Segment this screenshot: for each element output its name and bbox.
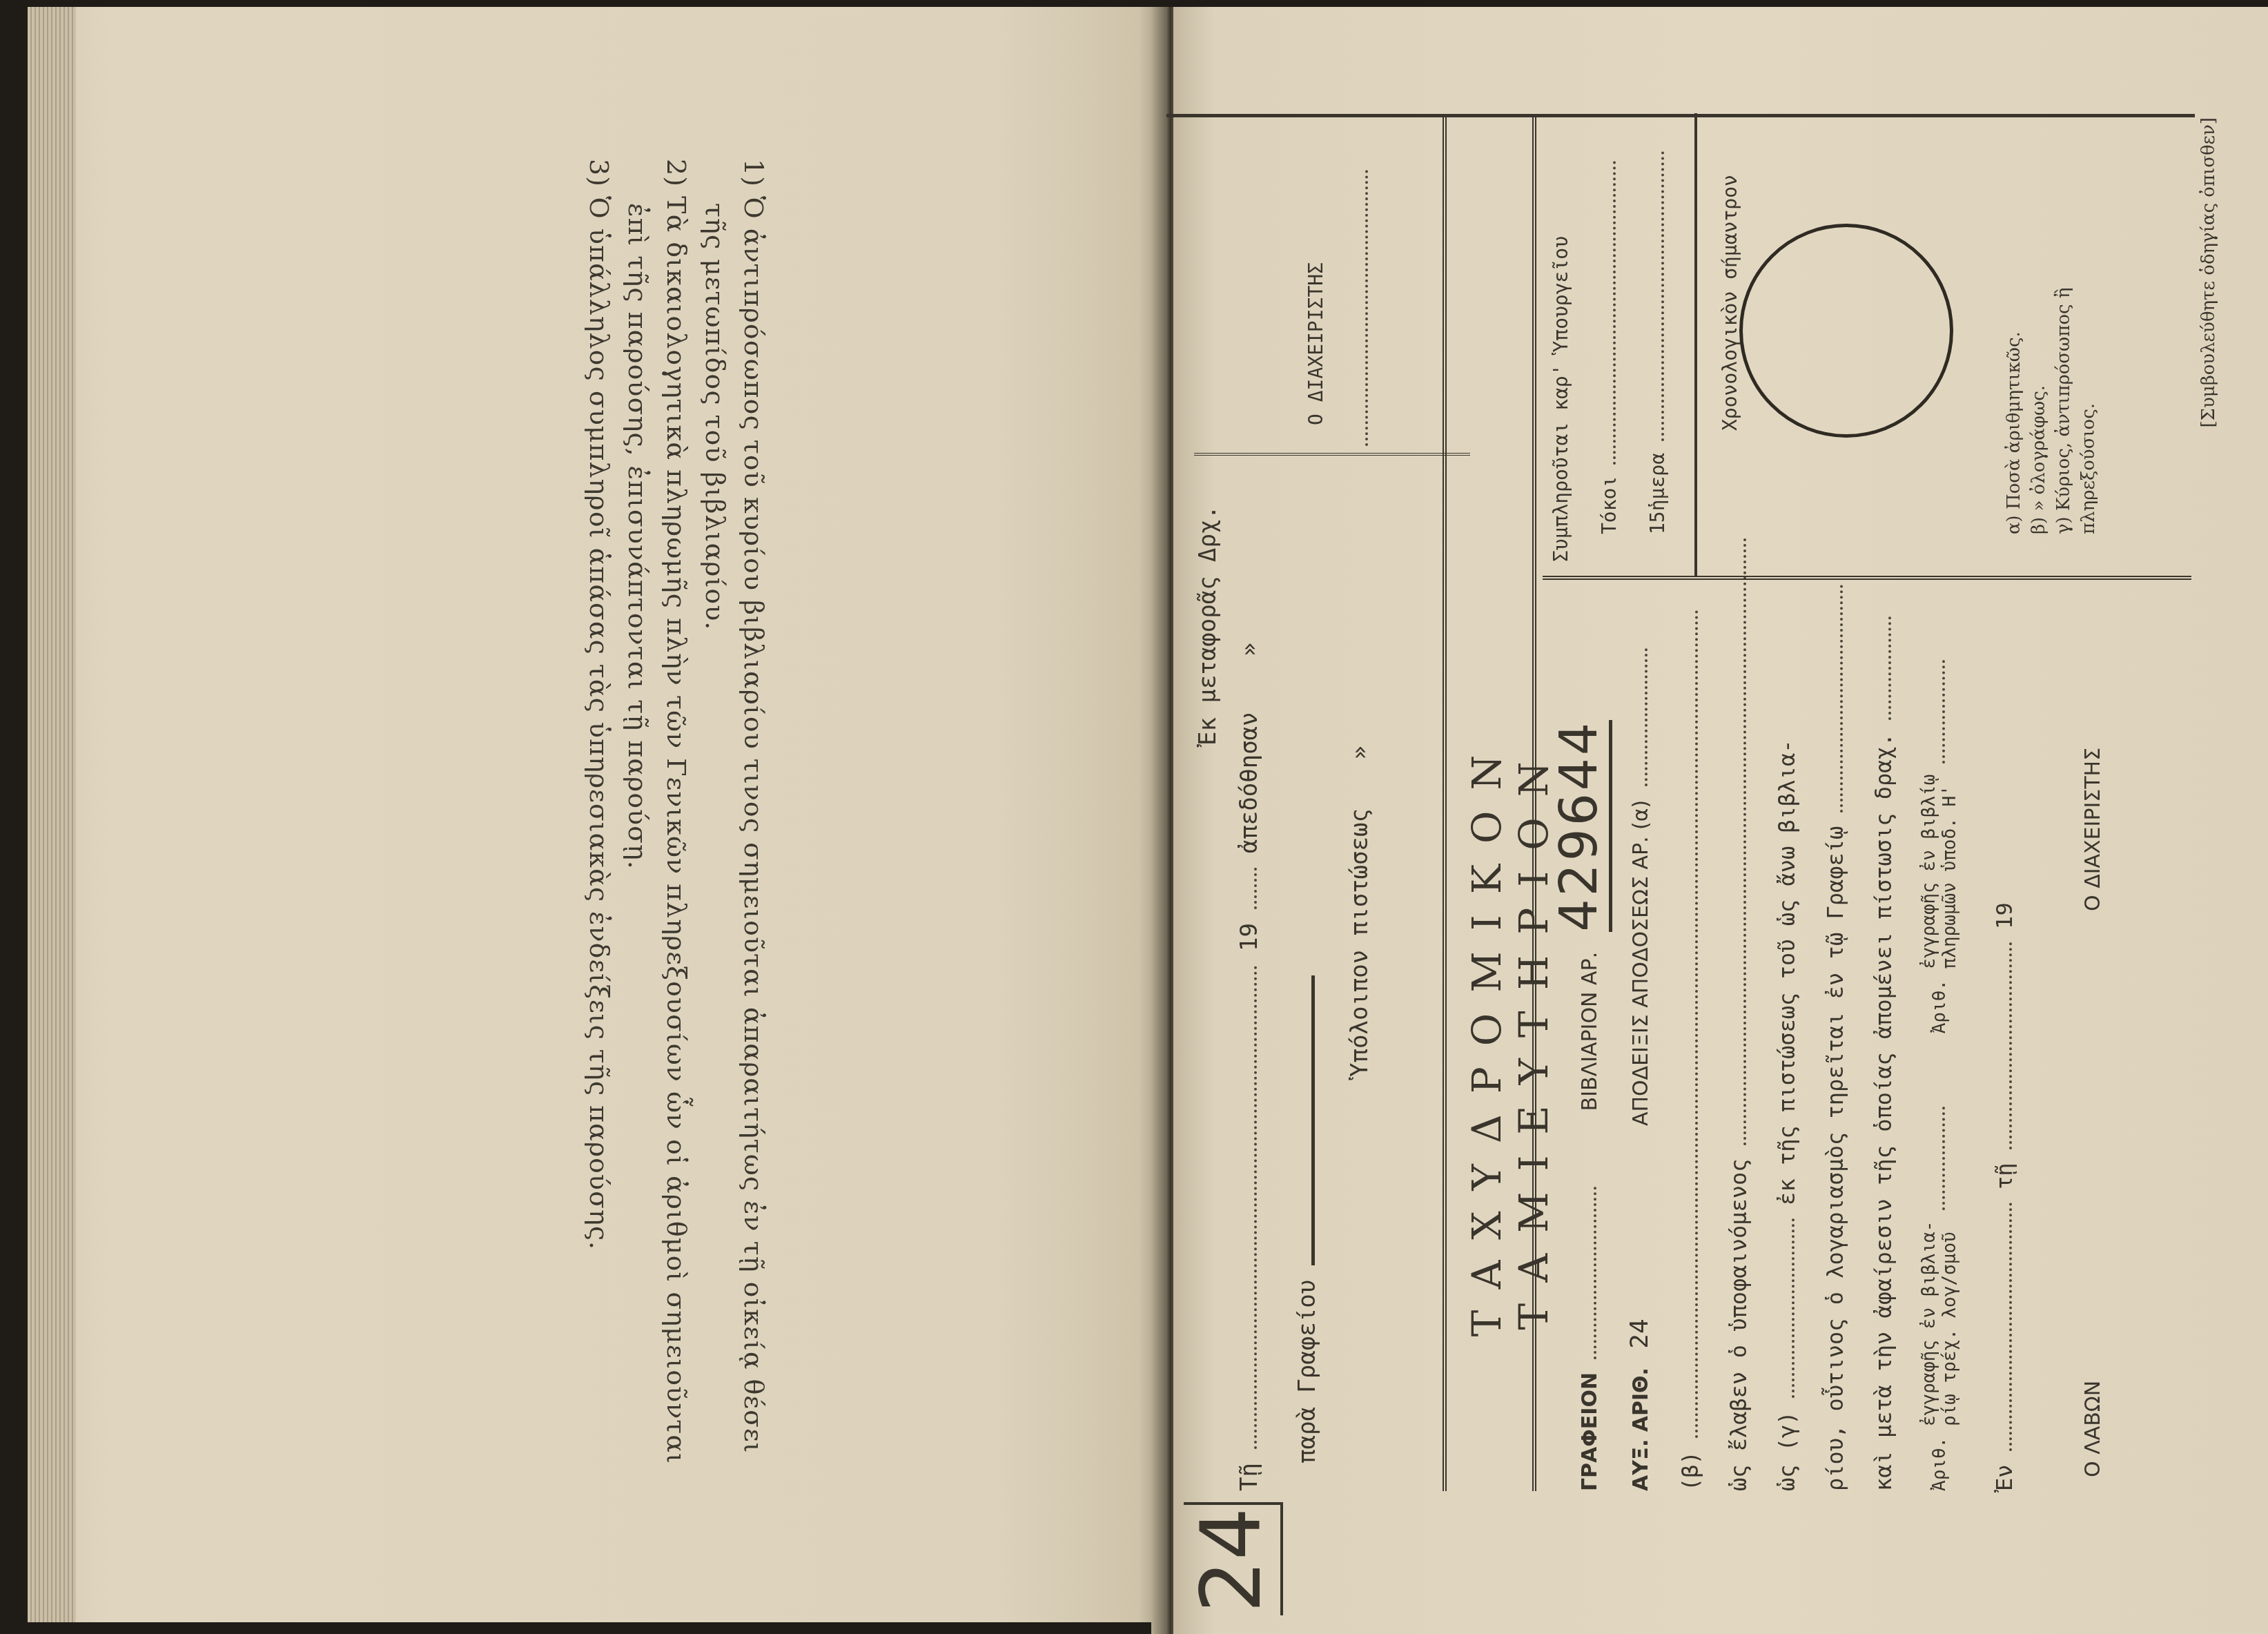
reg-right-1: ἐγγραφῆς ἐν βιβλίῳ <box>1919 775 1939 969</box>
note-2-cont: ἐπὶ τῆς παρούσης, ἐπισυνάπτονται τῇ παρο… <box>618 159 657 1505</box>
stub-year-field[interactable] <box>1249 868 1257 909</box>
reg-right-label: Ἀριθ. <box>1929 980 1950 1033</box>
date-field[interactable] <box>2004 942 2012 1149</box>
place-field[interactable] <box>2004 1203 2012 1451</box>
office-label: ΓΡΑΦΕΙΟΝ <box>1578 1372 1602 1491</box>
stub-year-prefix: 19 <box>1235 923 1263 951</box>
note-1: 1) Ὁ ἀντιπρόσωπος τοῦ κυρίου βιβλιαρίου … <box>734 159 773 1505</box>
reg-right-2: πληρωμῶν ὑποδ. Η' <box>1939 775 1960 969</box>
account-line: ρίου, οὗτινος ὁ λογαριασμὸς τηρεῖται ἐν … <box>1822 826 1848 1491</box>
stub-office-label: παρὰ Γραφείου <box>1293 1280 1321 1463</box>
amount-words-field[interactable] <box>1690 610 1698 1438</box>
capacity-field[interactable] <box>1786 1218 1795 1398</box>
line-b: (β) <box>1677 1451 1703 1491</box>
form-number: 24 <box>1184 1502 1283 1615</box>
line-c-suffix: ἐκ τῆς πιστώσεως τοῦ ὡς ἄνω βιβλια- <box>1774 740 1800 1205</box>
remaining-line: καὶ μετὰ τὴν ἀφαίρεσιν τῆς ὁποίας ἀπομέν… <box>1870 733 1897 1491</box>
stub-office-field[interactable] <box>1291 975 1315 1265</box>
note-1-cont: τῆς μετωπίδος τοῦ βιβλιαρίου. <box>696 159 734 1505</box>
received-label: ὡς ἔλαβεν ὁ ὑποφαινόμενος <box>1726 1158 1752 1491</box>
booklet-number[interactable]: 429644 <box>1550 720 1612 932</box>
receiver-signature-label: Ο ΛΑΒΩΝ <box>2081 1381 2105 1477</box>
left-page-notes: 1) Ὁ ἀντιπρόσωπος τοῦ κυρίου βιβλιαρίου … <box>483 159 773 1505</box>
booklet-label: ΒΙΒΛΙΑΡΙΟΝ ΑΡ. <box>1578 952 1602 1111</box>
note-3: 3) Ὁ ὑπάλληλος συμπληροῖ ἁπάσας τὰς ὑπηρ… <box>580 159 618 1505</box>
remaining-balance-field[interactable] <box>1883 616 1891 720</box>
serial-value[interactable]: 24 <box>1625 1319 1654 1348</box>
stub-balance-label: Ὑπόλοιπον πιστώσεως <box>1346 808 1373 1077</box>
serial-label: ΑΥΞ. ΑΡΙΘ. <box>1629 1368 1653 1491</box>
reg-left-2: ρίῳ τρέχ. λογ/σμοῦ <box>1939 1221 1960 1426</box>
main-receipt: ΓΡΑΦΕΙΟΝ ΒΙΒΛΙΑΡΙΟΝ ΑΡ. 429644 ΑΥΞ. ΑΡΙΘ… <box>1543 580 2191 1491</box>
form-frame <box>1166 114 2195 580</box>
reg-left-label: Ἀριθ. <box>1929 1437 1950 1491</box>
stub-ditto: » <box>1235 642 1263 656</box>
manager-signature-label: Ο ΔΙΑΧΕΙΡΙΣΤΗΣ <box>2081 748 2105 911</box>
stub-balance-mark: » <box>1346 746 1373 759</box>
page-edges <box>28 7 76 1622</box>
stub-paid-label: ἀπεδόθησαν <box>1235 712 1263 853</box>
stub-date-field[interactable] <box>1249 966 1257 1449</box>
reg-right-field[interactable] <box>1937 660 1945 763</box>
line-c-prefix: ὡς (γ) <box>1774 1411 1800 1491</box>
receiver-field[interactable] <box>1738 538 1746 1145</box>
year-prefix: 19 <box>1991 902 2017 929</box>
withdrawal-receipt-form: 24 Ἐκ μεταφορᾶς Δρχ. Τῇ 19 ἀπεδόθησαν » … <box>1166 124 2209 1615</box>
place-prefix: Ἐν <box>1991 1464 2017 1491</box>
office-field[interactable] <box>1588 1187 1596 1359</box>
note-2: 2) Τὰ δικαιολογητικὰ πληρωμῆς πλὴν τῶν Γ… <box>657 159 696 1505</box>
reg-left-1: ἐγγραφῆς ἐν βιβλια- <box>1919 1221 1939 1426</box>
receipt-number-field[interactable] <box>1639 648 1648 786</box>
reg-left-field[interactable] <box>1937 1107 1945 1210</box>
date-prefix: τῇ <box>1991 1163 2017 1189</box>
receipt-label: ΑΠΟΔΕΙΞΙΣ ΑΠΟΔΟΣΕΩΣ ΑΡ. (α) <box>1629 800 1653 1126</box>
account-office-field[interactable] <box>1835 585 1843 813</box>
see-instructions-note: [Συμβουλεύθητε ὁδηγίας ὀπισθεν] <box>2198 117 2219 580</box>
stub-date-prefix: Τῇ <box>1235 1463 1263 1491</box>
